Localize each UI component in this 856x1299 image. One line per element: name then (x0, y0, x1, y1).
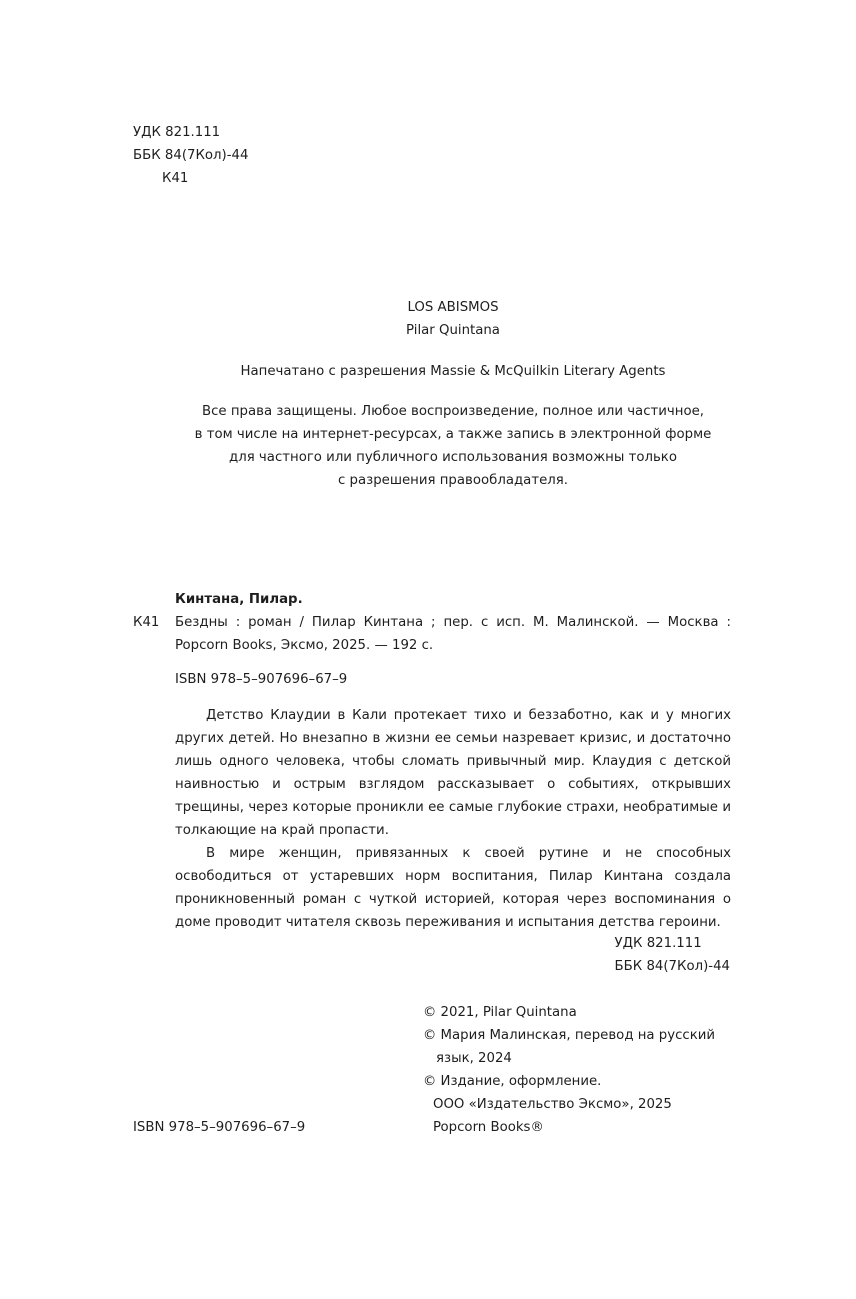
annotation-paragraph: Детство Клаудии в Кали протекает тихо и … (175, 704, 731, 842)
permission-notice: Напечатано с разрешения Massie & McQuilk… (0, 360, 856, 383)
annotation-paragraph: В мире женщин, привязанных к своей рутин… (175, 842, 731, 934)
udk-code: УДК 821.111 (615, 932, 730, 955)
copyright-block: © 2021, Pilar Quintana © Мария Малинская… (423, 1001, 715, 1139)
rights-line: Все права защищены. Любое воспроизведени… (0, 400, 856, 423)
classification-top: УДК 821.111 ББК 84(7Кол)-44 К41 (133, 121, 248, 190)
catalog-author-mark: К41 (133, 611, 159, 634)
catalog-isbn: ISBN 978–5–907696–67–9 (175, 668, 347, 691)
rights-line: в том числе на интернет-ресурсах, а такж… (0, 423, 856, 446)
bibliographic-description: Бездны : роман / Пилар Кинтана ; пер. с … (175, 611, 731, 657)
copyright-translation: © Мария Малинская, перевод на русский (423, 1024, 715, 1047)
copyright-original: © 2021, Pilar Quintana (423, 1001, 715, 1024)
original-title-block: LOS ABISMOS Pilar Quintana (0, 296, 856, 342)
rights-line: для частного или публичного использовани… (0, 446, 856, 469)
catalog-author-heading: Кинтана, Пилар. (175, 588, 303, 611)
rights-line: с разрешения правообладателя. (0, 469, 856, 492)
author-mark: К41 (133, 167, 248, 190)
original-author: Pilar Quintana (0, 319, 856, 342)
annotation: Детство Клаудии в Кали протекает тихо и … (175, 704, 731, 934)
classification-bottom: УДК 821.111 ББК 84(7Кол)-44 (615, 932, 730, 978)
copyright-publisher: ООО «Издательство Эксмо», 2025 (423, 1093, 715, 1116)
isbn-bottom: ISBN 978–5–907696–67–9 (133, 1116, 305, 1139)
bbk-code: ББК 84(7Кол)-44 (615, 955, 730, 978)
udk-code: УДК 821.111 (133, 121, 248, 144)
copyright-edition: © Издание, оформление. (423, 1070, 715, 1093)
rights-notice: Все права защищены. Любое воспроизведени… (0, 400, 856, 492)
bbk-code: ББК 84(7Кол)-44 (133, 144, 248, 167)
copyright-translation-cont: язык, 2024 (423, 1047, 715, 1070)
original-title: LOS ABISMOS (0, 296, 856, 319)
copyright-imprint: Popcorn Books® (423, 1116, 715, 1139)
